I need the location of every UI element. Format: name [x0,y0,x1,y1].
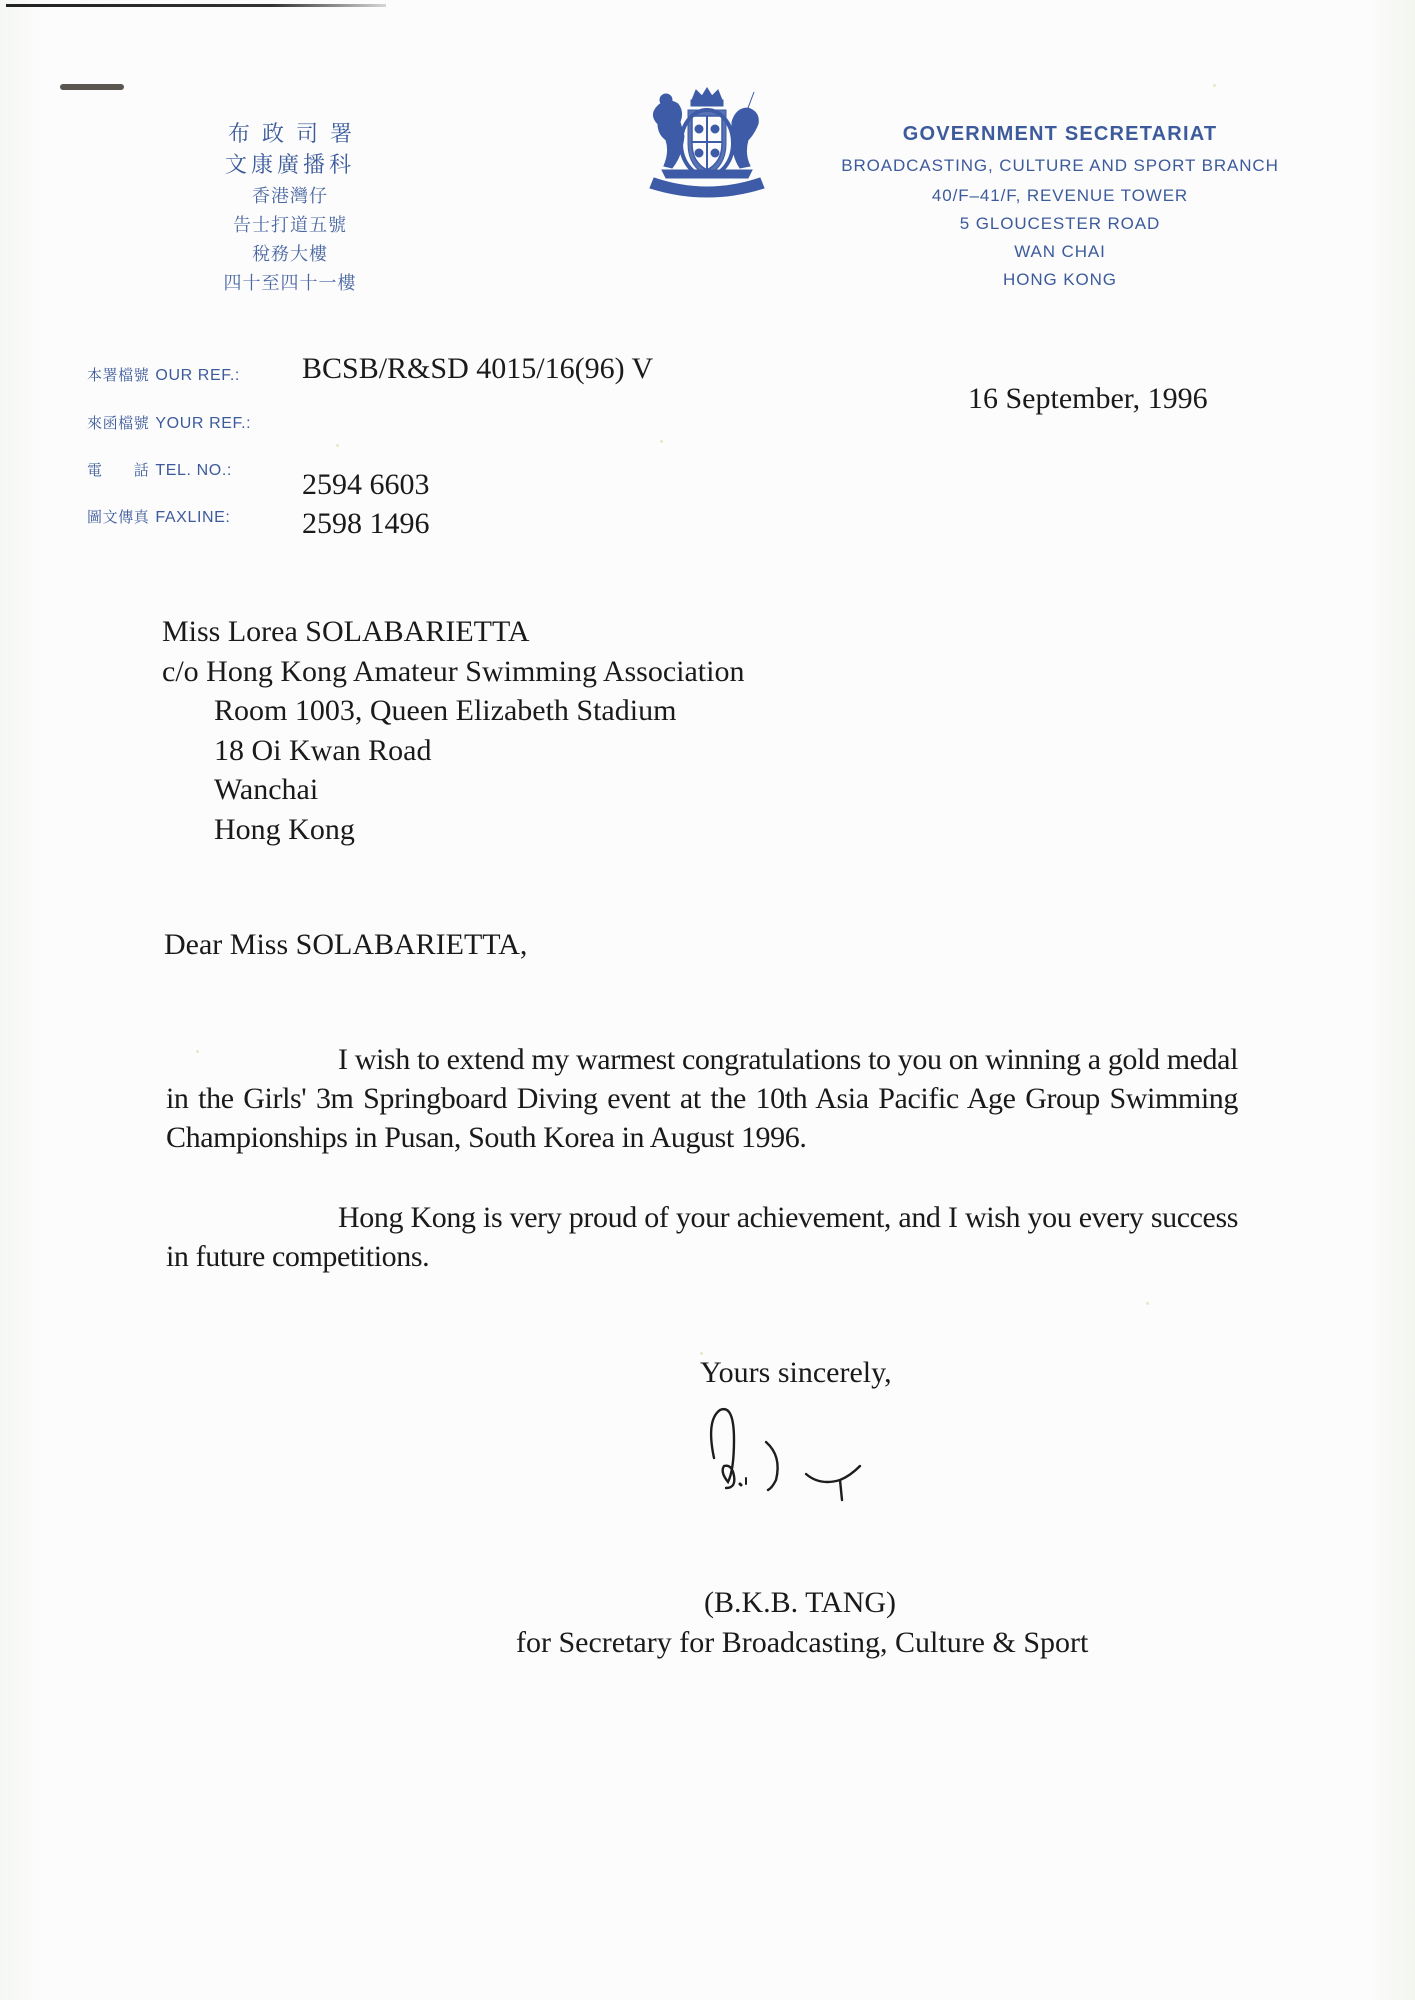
fax-label: 圖文傳真FAXLINE: [87,506,230,527]
our-ref-value: BCSB/R&SD 4015/16(96) V [302,352,653,386]
recipient-address-line: Wanchai [162,770,744,810]
fax-value: 2598 1496 [302,507,430,541]
your-ref-label: 來函檔號YOUR REF.: [87,412,251,433]
paper-speck [660,440,663,443]
address-zh-line: 香港灣仔 [200,182,380,211]
body-paragraph: Hong Kong is very proud of your achievem… [166,1198,1238,1276]
recipient-address-line: Hong Kong [162,810,744,850]
recipient-address-line: 18 Oi Kwan Road [162,731,744,771]
letter-date: 16 September, 1996 [968,382,1208,416]
closing: Yours sincerely, [700,1356,892,1390]
address-zh-line: 稅務大樓 [200,240,380,269]
paper-speck [1146,1302,1149,1305]
coat-of-arms-icon [636,86,778,202]
address-en-line: WAN CHAI [820,238,1300,266]
letterhead-chinese: 布政司署 文康廣播科 香港灣仔 告士打道五號 稅務大樓 四十至四十一樓 [200,120,380,298]
tel-label: 電 話TEL. NO.: [87,459,232,480]
letterhead-english: GOVERNMENT SECRETARIAT BROADCASTING, CUL… [820,118,1300,294]
recipient-address-line: Room 1003, Queen Elizabeth Stadium [162,691,744,731]
paper-speck [700,1352,703,1355]
paper-speck [196,1050,199,1053]
paper-speck [1213,84,1216,87]
salutation: Dear Miss SOLABARIETTA, [164,928,527,962]
address-zh-line: 告士打道五號 [200,211,380,240]
letter-page: 布政司署 文康廣播科 香港灣仔 告士打道五號 稅務大樓 四十至四十一樓 [0,0,1415,2000]
signer-name: (B.K.B. TANG) [704,1586,896,1620]
address-en-line: 5 GLOUCESTER ROAD [820,210,1300,238]
scan-edge-shadow [6,4,386,7]
our-ref-label: 本署檔號OUR REF.: [87,364,240,385]
signature-icon [700,1400,940,1530]
address-zh-line: 四十至四十一樓 [200,269,380,298]
body-paragraph: I wish to extend my warmest congratulati… [166,1040,1238,1157]
department-zh: 布政司署 [200,120,380,150]
branch-en: BROADCASTING, CULTURE AND SPORT BRANCH [820,150,1300,182]
recipient-address: Miss Lorea SOLABARIETTA c/o Hong Kong Am… [162,612,744,849]
branch-zh: 文康廣播科 [200,150,380,182]
address-en-line: 40/F–41/F, REVENUE TOWER [820,182,1300,210]
paper-speck [336,444,339,447]
tel-value: 2594 6603 [302,468,430,502]
recipient-name: Miss Lorea SOLABARIETTA [162,612,744,652]
signer-title: for Secretary for Broadcasting, Culture … [516,1626,1088,1660]
paper-mark [60,84,124,90]
department-en: GOVERNMENT SECRETARIAT [820,118,1300,150]
address-en-line: HONG KONG [820,266,1300,294]
recipient-care-of: c/o Hong Kong Amateur Swimming Associati… [162,652,744,692]
